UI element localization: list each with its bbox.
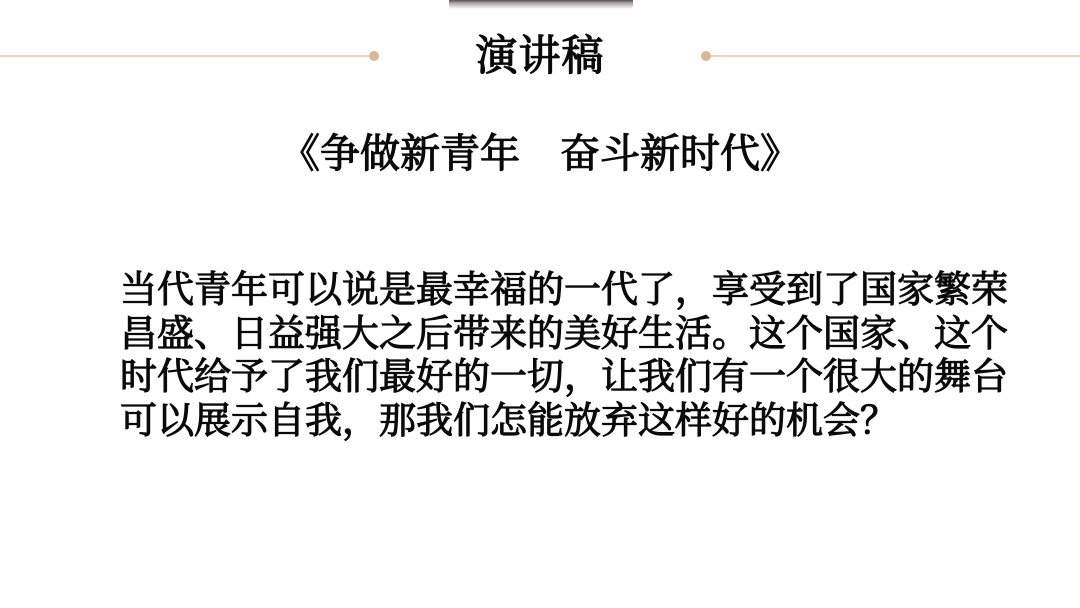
top-accent-bar bbox=[449, 0, 633, 9]
page-title: 演讲稿 bbox=[0, 33, 1080, 79]
body-line: 昌盛、日益强大之后带来的美好生活。这个国家、这个 bbox=[120, 312, 1000, 356]
body-paragraph: 当代青年可以说是最幸福的一代了，享受到了国家繁荣 昌盛、日益强大之后带来的美好生… bbox=[120, 268, 1000, 442]
body-line: 时代给予了我们最好的一切，让我们有一个很大的舞台 bbox=[120, 355, 1000, 399]
body-line: 可以展示自我，那我们怎能放弃这样好的机会？ bbox=[120, 399, 1000, 443]
presentation-slide: 演讲稿 《争做新青年 奋斗新时代》 当代青年可以说是最幸福的一代了，享受到了国家… bbox=[0, 0, 1080, 608]
body-line: 当代青年可以说是最幸福的一代了，享受到了国家繁荣 bbox=[120, 268, 1000, 312]
slide-subtitle: 《争做新青年 奋斗新时代》 bbox=[0, 131, 1080, 177]
